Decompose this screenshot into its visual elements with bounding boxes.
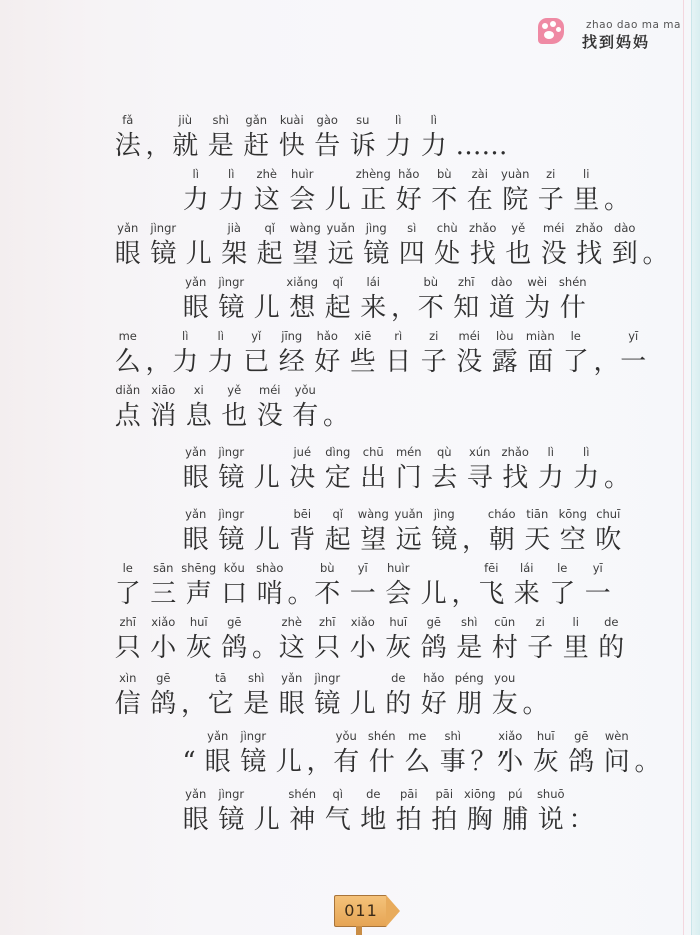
- hanzi: ，: [391, 290, 413, 326]
- hanzi: 镜: [214, 460, 250, 496]
- character-unit: ，: [146, 112, 168, 164]
- hanzi: 知: [449, 290, 485, 326]
- character-unit: chù处: [430, 220, 466, 272]
- character-unit: yuǎn远: [391, 506, 427, 558]
- pinyin: me: [400, 728, 436, 744]
- hanzi: 。: [604, 182, 626, 218]
- pinyin: péng: [452, 670, 488, 686]
- character-unit: mén门: [391, 444, 427, 496]
- character-unit: huìr会: [381, 560, 417, 612]
- pinyin: [345, 670, 381, 686]
- character-unit: jìngr镜: [146, 220, 182, 272]
- character-unit: gē鸽: [416, 614, 452, 666]
- character-unit: zài在: [462, 166, 498, 218]
- pinyin: lái: [509, 560, 545, 576]
- character-unit: yuàn院: [498, 166, 534, 218]
- hanzi: 朝: [484, 522, 520, 558]
- character-unit: le了: [545, 560, 581, 612]
- hanzi: 只: [310, 630, 346, 666]
- character-unit: de的: [381, 670, 417, 722]
- pinyin: pāi: [391, 786, 427, 802]
- hanzi: ，: [452, 576, 474, 612]
- pinyin: wèn: [599, 728, 635, 744]
- pinyin: diǎn: [110, 382, 146, 398]
- hanzi: 儿: [249, 460, 285, 496]
- character-unit: bù不: [310, 560, 346, 612]
- hanzi: 露: [487, 344, 523, 380]
- hanzi: 没: [252, 398, 288, 434]
- pinyin: lòu: [487, 328, 523, 344]
- hanzi: 定: [320, 460, 356, 496]
- pinyin: chù: [430, 220, 466, 236]
- pinyin: rì: [381, 328, 417, 344]
- character-unit: hǎo好: [416, 670, 452, 722]
- character-unit: 。: [252, 614, 274, 666]
- hanzi: 不: [427, 182, 463, 218]
- character-unit: you友: [487, 670, 523, 722]
- character-unit: bù不: [413, 274, 449, 326]
- character-unit: yǎn眼: [178, 786, 214, 838]
- hanzi: 天: [520, 522, 556, 558]
- hanzi: 镜: [236, 744, 272, 780]
- pinyin: dào: [484, 274, 520, 290]
- hanzi: 已: [239, 344, 275, 380]
- character-unit: jìngr镜: [214, 274, 250, 326]
- hanzi: 快: [274, 128, 310, 164]
- hanzi: 力: [214, 182, 250, 218]
- hanzi: 只: [110, 630, 146, 666]
- hanzi: 地: [356, 802, 392, 838]
- character-unit: 儿: [249, 274, 285, 326]
- character-unit: qù去: [427, 444, 463, 496]
- pinyin: dào: [607, 220, 643, 236]
- pinyin: sān: [146, 560, 182, 576]
- character-unit: qǐ起: [252, 220, 288, 272]
- hanzi: 什: [555, 290, 591, 326]
- hanzi: 力: [533, 460, 569, 496]
- hanzi: 鸽: [146, 686, 182, 722]
- hanzi: 就: [168, 128, 204, 164]
- character-unit: lì力: [168, 328, 204, 380]
- text-line: “yǎn眼jìngr镜儿，yǒu有shén什me么shì事？”xiǎo小huī灰…: [178, 728, 657, 780]
- pinyin: huìr: [381, 560, 417, 576]
- hanzi: 眼: [178, 460, 214, 496]
- hanzi: ，: [594, 344, 616, 380]
- hanzi: 小: [493, 744, 529, 780]
- pinyin: lì: [569, 444, 605, 460]
- hanzi: 会: [381, 576, 417, 612]
- character-unit: yī一: [616, 328, 652, 380]
- chapter-header: zhao dao ma ma 找到妈妈: [538, 16, 658, 56]
- page-number-sign: 011: [334, 895, 387, 927]
- pinyin: zi: [523, 614, 559, 630]
- character-unit: tiān天: [520, 506, 556, 558]
- character-unit: 儿: [320, 166, 356, 218]
- character-unit: lì力: [533, 444, 569, 496]
- hanzi: 朋: [452, 686, 488, 722]
- hanzi: 儿: [249, 290, 285, 326]
- character-unit: shào哨: [252, 560, 288, 612]
- pinyin: [181, 670, 203, 686]
- character-unit: fēi飞: [474, 560, 510, 612]
- pinyin: [146, 328, 168, 344]
- pinyin: xìn: [110, 670, 146, 686]
- pinyin: yǎn: [178, 786, 214, 802]
- hanzi: 眼: [178, 802, 214, 838]
- character-unit: wàng望: [356, 506, 392, 558]
- character-unit: xi息: [181, 382, 217, 434]
- character-unit: yī一: [345, 560, 381, 612]
- character-unit: “: [178, 728, 200, 780]
- pinyin: jīng: [274, 328, 310, 344]
- character-unit: shuō说: [533, 786, 569, 838]
- pinyin: [178, 728, 200, 744]
- pinyin: shì: [435, 728, 471, 744]
- hanzi: 想: [285, 290, 321, 326]
- hanzi: 眼: [178, 290, 214, 326]
- hanzi: 声: [181, 576, 217, 612]
- character-unit: yě也: [501, 220, 537, 272]
- hanzi: 拍: [427, 802, 463, 838]
- character-unit: hǎo好: [310, 328, 346, 380]
- text-line: yǎn眼jìngr镜儿jià架qǐ起wàng望yuǎn远jìng镜sì四chù处…: [110, 220, 665, 272]
- pinyin: [452, 560, 474, 576]
- pinyin: zhǎo: [498, 444, 534, 460]
- text-line: xìn信gē鸽，tā它shì是yǎn眼jìngr镜儿de的hǎo好péng朋yo…: [110, 670, 545, 722]
- pinyin: bēi: [285, 506, 321, 522]
- character-unit: wèn问: [599, 728, 635, 780]
- pinyin: [594, 328, 616, 344]
- character-unit: 。: [288, 560, 310, 612]
- hanzi: 赶: [239, 128, 275, 164]
- pinyin: lì: [416, 112, 452, 128]
- hanzi: 去: [427, 460, 463, 496]
- character-unit: kǒu口: [217, 560, 253, 612]
- hanzi: 气: [320, 802, 356, 838]
- hanzi: 起: [320, 290, 356, 326]
- hanzi: 信: [110, 686, 146, 722]
- hanzi: 不: [413, 290, 449, 326]
- character-unit: zhǎo找: [465, 220, 501, 272]
- pinyin: pāi: [427, 786, 463, 802]
- character-unit: 儿: [249, 786, 285, 838]
- character-unit: zhǎo找: [572, 220, 608, 272]
- pinyin: xiē: [345, 328, 381, 344]
- character-unit: jiù就: [168, 112, 204, 164]
- character-unit: cūn村: [487, 614, 523, 666]
- hanzi: 里: [569, 182, 605, 218]
- character-unit: le了: [110, 560, 146, 612]
- text-line: lì力lì力zhè这huìr会儿zhèng正hǎo好bù不zài在yuàn院zi…: [178, 166, 626, 218]
- hanzi: 日: [381, 344, 417, 380]
- character-unit: de的: [594, 614, 630, 666]
- pinyin: hǎo: [391, 166, 427, 182]
- character-unit: 儿: [249, 444, 285, 496]
- character-unit: 儿: [271, 728, 307, 780]
- character-unit: lái来: [509, 560, 545, 612]
- pinyin: [249, 274, 285, 290]
- character-unit: pú脯: [498, 786, 534, 838]
- character-unit: wèi为: [520, 274, 556, 326]
- hanzi: 消: [146, 398, 182, 434]
- hanzi: 镜: [359, 236, 395, 272]
- hanzi: 是: [452, 630, 488, 666]
- hanzi: 小: [345, 630, 381, 666]
- character-unit: rì日: [381, 328, 417, 380]
- hanzi: 三: [146, 576, 182, 612]
- hanzi: 。: [252, 630, 274, 666]
- pinyin: xi: [181, 382, 217, 398]
- pinyin: gǎn: [239, 112, 275, 128]
- pinyin: yuǎn: [391, 506, 427, 522]
- hanzi: 些: [345, 344, 381, 380]
- hanzi: 望: [288, 236, 324, 272]
- pinyin: huī: [181, 614, 217, 630]
- hanzi: 。: [604, 460, 626, 496]
- hanzi: 道: [484, 290, 520, 326]
- character-unit: zhī只: [310, 614, 346, 666]
- character-unit: shēng声: [181, 560, 217, 612]
- paw-icon: [538, 18, 564, 44]
- pinyin: qì: [320, 786, 356, 802]
- character-unit: jué决: [285, 444, 321, 496]
- pinyin: le: [545, 560, 581, 576]
- pinyin: méi: [452, 328, 488, 344]
- hanzi: 神: [285, 802, 321, 838]
- character-unit: dào道: [484, 274, 520, 326]
- hanzi: 。: [323, 398, 345, 434]
- pinyin: li: [569, 166, 605, 182]
- hanzi: 好: [416, 686, 452, 722]
- text-line: le了sān三shēng声kǒu口shào哨。bù不yī一huìr会儿，fēi飞…: [110, 560, 616, 612]
- pinyin: wèi: [520, 274, 556, 290]
- character-unit: chū出: [356, 444, 392, 496]
- pinyin: gē: [217, 614, 253, 630]
- pinyin: yǎn: [178, 444, 214, 460]
- character-unit: yě也: [217, 382, 253, 434]
- character-unit: shì事: [435, 728, 471, 780]
- character-unit: shén什: [555, 274, 591, 326]
- pinyin: zhǎo: [572, 220, 608, 236]
- pinyin: shén: [555, 274, 591, 290]
- hanzi: 一: [345, 576, 381, 612]
- chapter-title: 找到妈妈: [582, 31, 650, 52]
- character-unit: huī灰: [528, 728, 564, 780]
- pinyin: fēi: [474, 560, 510, 576]
- character-unit: hǎo好: [391, 166, 427, 218]
- hanzi: 力: [416, 128, 452, 164]
- hanzi: ，: [146, 128, 168, 164]
- character-unit: xìn信: [110, 670, 146, 722]
- hanzi: 友: [487, 686, 523, 722]
- pinyin: le: [558, 328, 594, 344]
- hanzi: 口: [217, 576, 253, 612]
- pinyin: dìng: [320, 444, 356, 460]
- character-unit: ，: [307, 728, 329, 780]
- character-unit: péng朋: [452, 670, 488, 722]
- hanzi: 有: [288, 398, 324, 434]
- pinyin: gē: [564, 728, 600, 744]
- pinyin: wàng: [288, 220, 324, 236]
- pinyin: xiǎo: [493, 728, 529, 744]
- character-unit: le了: [558, 328, 594, 380]
- hanzi: 会: [285, 182, 321, 218]
- character-unit: yǐ已: [239, 328, 275, 380]
- pinyin: yǐ: [239, 328, 275, 344]
- hanzi: 镜: [427, 522, 463, 558]
- character-unit: xiē些: [345, 328, 381, 380]
- hanzi: 问: [599, 744, 635, 780]
- character-unit: zhǎo找: [498, 444, 534, 496]
- pinyin: de: [594, 614, 630, 630]
- pinyin: zhèng: [356, 166, 392, 182]
- hanzi: 出: [356, 460, 392, 496]
- hanzi: 儿: [320, 182, 356, 218]
- hanzi: 里: [558, 630, 594, 666]
- hanzi: 事: [435, 744, 471, 780]
- character-unit: lì力: [381, 112, 417, 164]
- character-unit: 。: [604, 444, 626, 496]
- hanzi: 空: [555, 522, 591, 558]
- hanzi: 。: [635, 744, 657, 780]
- pinyin: yǎn: [178, 274, 214, 290]
- pinyin: [523, 670, 545, 686]
- character-unit: ？”: [471, 728, 493, 780]
- pinyin: yǎn: [178, 506, 214, 522]
- page-margin-line: [683, 0, 684, 935]
- hanzi: 子: [533, 182, 569, 218]
- pinyin: kǒu: [217, 560, 253, 576]
- hanzi: 望: [356, 522, 392, 558]
- pinyin: bù: [413, 274, 449, 290]
- character-unit: su诉: [345, 112, 381, 164]
- character-unit: zi子: [416, 328, 452, 380]
- character-unit: ，: [181, 670, 203, 722]
- hanzi: 它: [203, 686, 239, 722]
- hanzi: 了: [545, 576, 581, 612]
- character-unit: gē鸽: [146, 670, 182, 722]
- hanzi: 什: [364, 744, 400, 780]
- pinyin: shì: [203, 112, 239, 128]
- character-unit: shì是: [452, 614, 488, 666]
- character-unit: ，: [462, 506, 484, 558]
- hanzi: 村: [487, 630, 523, 666]
- hanzi: 儿: [249, 522, 285, 558]
- hanzi: 力: [168, 344, 204, 380]
- hanzi: 点: [110, 398, 146, 434]
- hanzi: 鸽: [416, 630, 452, 666]
- hanzi: 不: [310, 576, 346, 612]
- pinyin: [307, 728, 329, 744]
- pinyin: jìngr: [214, 506, 250, 522]
- pinyin: qǐ: [320, 506, 356, 522]
- pinyin: shì: [452, 614, 488, 630]
- hanzi: 鸽: [564, 744, 600, 780]
- hanzi: 也: [217, 398, 253, 434]
- pinyin: shēng: [181, 560, 217, 576]
- pinyin: [271, 728, 307, 744]
- pinyin: [288, 560, 310, 576]
- hanzi: 息: [181, 398, 217, 434]
- hanzi: ，: [146, 344, 168, 380]
- character-unit: qǐ起: [320, 506, 356, 558]
- character-unit: pāi拍: [391, 786, 427, 838]
- pinyin: yuǎn: [323, 220, 359, 236]
- character-unit: bù不: [427, 166, 463, 218]
- character-unit: yǎn眼: [178, 506, 214, 558]
- hanzi: 儿: [181, 236, 217, 272]
- character-unit: ：: [569, 786, 591, 838]
- hanzi: 门: [391, 460, 427, 496]
- hanzi: 说: [533, 802, 569, 838]
- hanzi: 远: [323, 236, 359, 272]
- hanzi: 灰: [381, 630, 417, 666]
- pinyin: yǒu: [288, 382, 324, 398]
- pinyin: yě: [217, 382, 253, 398]
- character-unit: li里: [558, 614, 594, 666]
- pinyin: shào: [252, 560, 288, 576]
- character-unit: me么: [110, 328, 146, 380]
- pinyin: xún: [462, 444, 498, 460]
- pinyin: jìngr: [146, 220, 182, 236]
- pinyin: lì: [533, 444, 569, 460]
- pinyin: kōng: [555, 506, 591, 522]
- pinyin: zhè: [249, 166, 285, 182]
- text-line: fǎ法，jiù就shì是gǎn赶kuài快gào告su诉lì力lì力……: [110, 112, 512, 164]
- pinyin: zi: [533, 166, 569, 182]
- character-unit: ……: [452, 112, 512, 164]
- pinyin: zhǎo: [465, 220, 501, 236]
- pinyin: lì: [178, 166, 214, 182]
- pinyin: yǒu: [329, 728, 365, 744]
- sign-arrow-icon: [386, 895, 400, 927]
- pinyin: lái: [356, 274, 392, 290]
- hanzi: ，: [181, 686, 203, 722]
- pinyin: [604, 166, 626, 182]
- character-unit: de地: [356, 786, 392, 838]
- pinyin: chuī: [591, 506, 627, 522]
- pinyin: chū: [356, 444, 392, 460]
- hanzi: 起: [252, 236, 288, 272]
- text-line: me么，lì力lì力yǐ已jīng经hǎo好xiē些rì日zi子méi没lòu露…: [110, 328, 651, 380]
- text-line: yǎn眼jìngr镜儿jué决dìng定chū出mén门qù去xún寻zhǎo找…: [178, 444, 626, 496]
- character-unit: yuǎn远: [323, 220, 359, 272]
- hanzi: 法: [110, 128, 146, 164]
- pinyin: [452, 112, 512, 128]
- pinyin: yǎn: [274, 670, 310, 686]
- character-unit: lì力: [416, 112, 452, 164]
- hanzi: 好: [310, 344, 346, 380]
- pinyin: yuàn: [498, 166, 534, 182]
- pinyin: xiǎo: [345, 614, 381, 630]
- character-unit: lòu露: [487, 328, 523, 380]
- pinyin: su: [345, 112, 381, 128]
- character-unit: sān三: [146, 560, 182, 612]
- character-unit: ，: [391, 274, 413, 326]
- hanzi: 这: [249, 182, 285, 218]
- hanzi: 的: [594, 630, 630, 666]
- hanzi: 没: [536, 236, 572, 272]
- hanzi: 么: [400, 744, 436, 780]
- pinyin: [604, 444, 626, 460]
- hanzi: 为: [520, 290, 556, 326]
- hanzi: 面: [523, 344, 559, 380]
- hanzi: 胸: [462, 802, 498, 838]
- hanzi: 了: [110, 576, 146, 612]
- pinyin: miàn: [523, 328, 559, 344]
- hanzi: 处: [430, 236, 466, 272]
- pinyin: jìngr: [310, 670, 346, 686]
